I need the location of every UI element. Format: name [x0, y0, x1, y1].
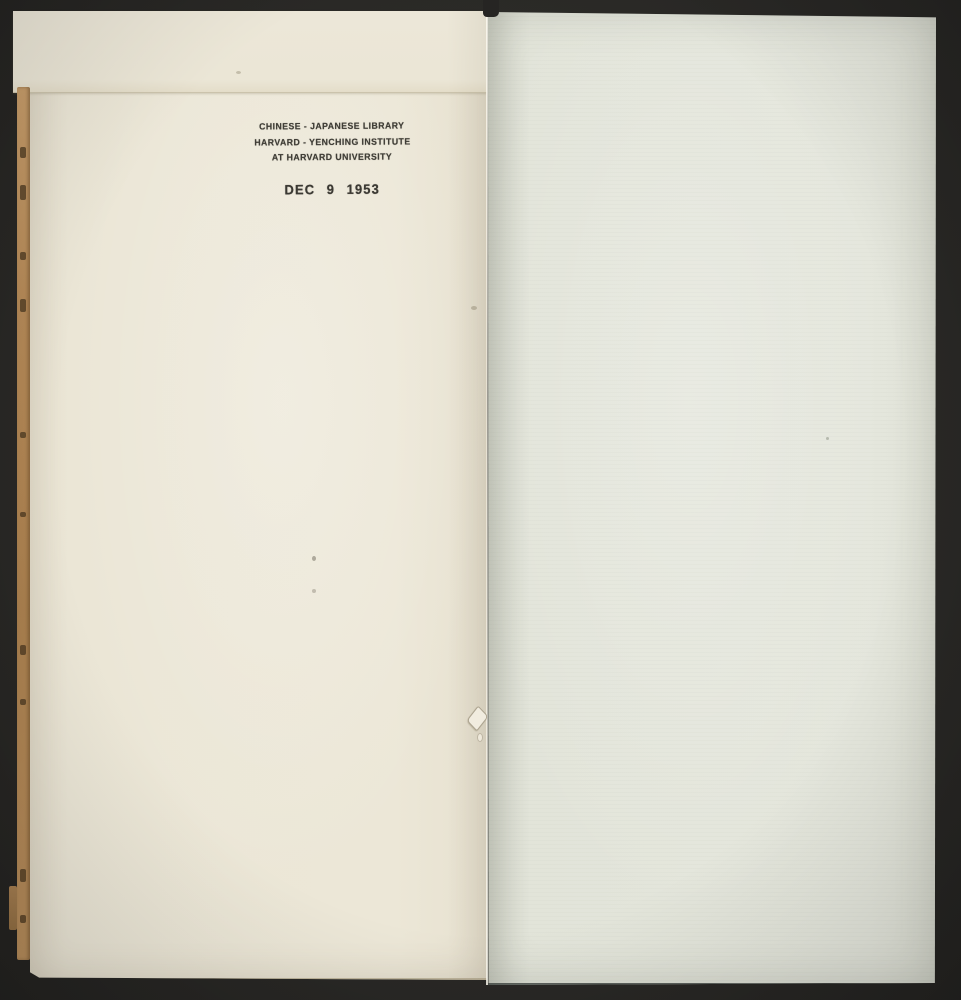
cover-edge-corner — [9, 886, 17, 930]
stamp-line-1: CHINESE - JAPANESE LIBRARY — [254, 118, 409, 135]
gutter-shadow — [447, 11, 487, 980]
foxing-speck — [312, 556, 316, 561]
flyleaf-sheet-edge — [13, 11, 487, 93]
date-stamp: DEC 9 1953 — [255, 181, 409, 197]
cover-print-fragment — [20, 915, 26, 923]
cover-print-fragment — [20, 432, 26, 438]
cover-print-fragment — [20, 147, 26, 158]
foxing-speck — [312, 589, 316, 593]
cover-print-fragment — [20, 252, 26, 260]
foxing-speck — [236, 71, 241, 74]
paper-flaw-tail — [477, 733, 483, 742]
cover-print-fragment — [20, 185, 26, 200]
cover-edge-sliver — [17, 87, 30, 960]
cover-print-fragment — [20, 699, 26, 705]
stamp-line-2: HARVARD - YENCHING INSTITUTE — [254, 134, 409, 151]
seam-blemish — [471, 306, 477, 310]
right-page — [488, 12, 936, 985]
gutter-seam — [486, 12, 488, 985]
cover-print-fragment — [20, 299, 26, 312]
left-page-bottom-edge — [30, 978, 487, 980]
cover-print-fragment — [20, 645, 26, 655]
stamp-line-3: AT HARVARD UNIVERSITY — [254, 149, 409, 166]
gutter-top-gap — [483, 0, 499, 17]
gutter-shadow — [488, 12, 530, 985]
right-page-bottom-edge — [488, 983, 936, 985]
library-stamp: CHINESE - JAPANESE LIBRARY HARVARD - YEN… — [252, 118, 413, 197]
foxing-speck — [826, 437, 829, 440]
cover-print-fragment — [20, 512, 26, 517]
cover-print-fragment — [20, 869, 26, 882]
book-scan: CHINESE - JAPANESE LIBRARY HARVARD - YEN… — [0, 0, 961, 1000]
